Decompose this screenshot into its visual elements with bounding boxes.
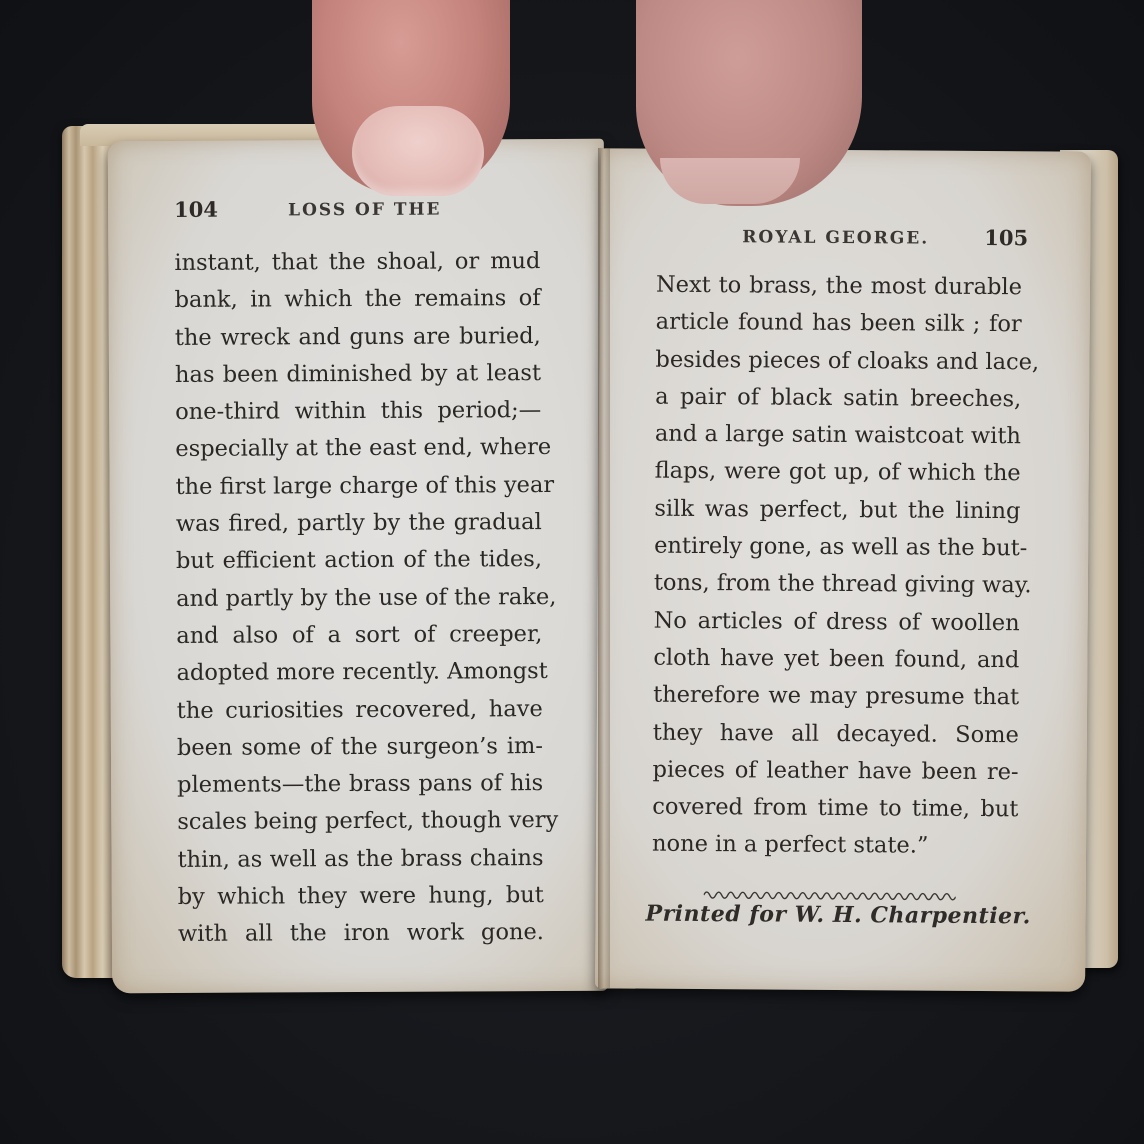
- page-number-left: 104: [174, 197, 218, 222]
- text-line: been some of the surgeon’s im-: [177, 728, 543, 767]
- photo-scene: 104 LOSS OF THE instant, that the shoal,…: [0, 0, 1144, 1144]
- text-line: No articles of dress of woollen: [654, 602, 1020, 642]
- text-line: the first large charge of this year: [175, 467, 541, 506]
- text-line: has been diminished by at least: [175, 355, 541, 394]
- right-page-body: Next to brass, the most durable article …: [652, 267, 1022, 866]
- text-line: and a large satin waistcoat with: [655, 416, 1021, 456]
- text-line: thin, as well as the brass chains: [177, 840, 543, 879]
- text-line: by which they were hung, but: [178, 877, 544, 916]
- text-line: a pair of black satin breeches,: [655, 379, 1021, 419]
- text-line: bank, in which the remains of: [175, 280, 541, 319]
- text-line: the wreck and guns are buried,: [175, 318, 541, 357]
- left-page-body: instant, that the shoal, or mud bank, in…: [174, 243, 544, 954]
- text-line: pieces of leather have been re-: [652, 752, 1018, 792]
- right-page: ROYAL GEORGE. 105 Next to brass, the mos…: [595, 148, 1091, 991]
- text-line: cloth have yet been found, and: [653, 640, 1019, 680]
- text-line: adopted more recently. Amongst: [176, 653, 542, 692]
- text-line: covered from time to time, but: [652, 789, 1018, 829]
- text-line: they have all decayed. Some: [653, 714, 1019, 754]
- text-line: and also of a sort of creeper,: [176, 616, 542, 655]
- printer-imprint: Printed for W. H. Charpentier.: [646, 901, 1018, 930]
- running-head-right: ROYAL GEORGE.: [742, 227, 929, 248]
- text-line: entirely gone, as well as the but-: [654, 528, 1020, 568]
- text-line: flaps, were got up, of which the: [655, 453, 1021, 493]
- text-line: with all the iron work gone.: [178, 914, 544, 953]
- text-line: and partly by the use of the rake,: [176, 579, 542, 618]
- text-line: scales being perfect, though very: [177, 802, 543, 841]
- left-page: 104 LOSS OF THE instant, that the shoal,…: [108, 139, 608, 994]
- left-thumbnail: [352, 106, 484, 196]
- text-line: article found has been silk ; for: [656, 304, 1022, 344]
- text-line: one-third within this period;—: [175, 392, 541, 431]
- text-line: plements—the brass pans of his: [177, 765, 543, 804]
- text-line: the curiosities recovered, have: [177, 691, 543, 730]
- text-line: therefore we may presume that: [653, 677, 1019, 717]
- text-line: besides pieces of cloaks and lace,: [655, 341, 1021, 381]
- text-line: tons, from the thread giving way.: [654, 565, 1020, 605]
- text-line: silk was perfect, but the lining: [654, 490, 1020, 530]
- text-line: but efficient action of the tides,: [176, 541, 542, 580]
- page-number-right: 105: [984, 225, 1028, 250]
- text-line: was fired, partly by the gradual: [176, 504, 542, 543]
- book-gutter: [598, 148, 610, 988]
- text-line: Next to brass, the most durable: [656, 267, 1022, 307]
- running-head-left: LOSS OF THE: [288, 200, 441, 221]
- text-line: instant, that the shoal, or mud: [174, 243, 540, 282]
- text-line: especially at the east end, where: [175, 430, 541, 469]
- text-line: none in a perfect state.”: [652, 826, 1018, 866]
